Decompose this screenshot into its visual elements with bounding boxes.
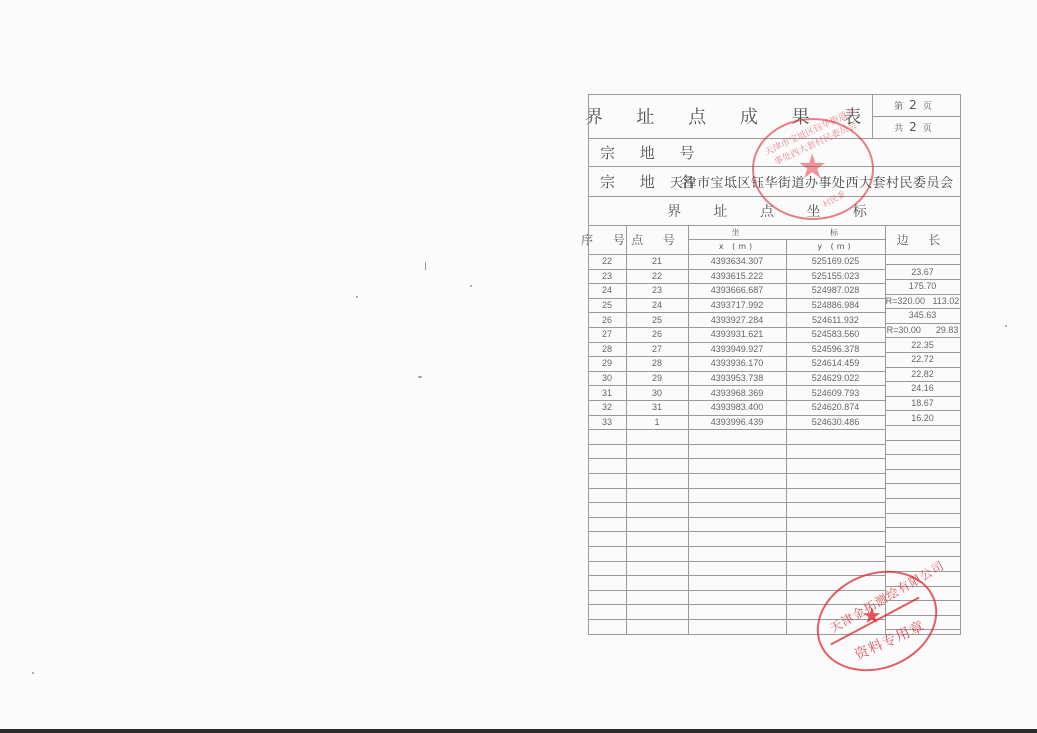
grid-line [588, 502, 885, 503]
page-total-number: 2 [909, 120, 923, 134]
edge-length-cell: 23.67 [885, 264, 960, 279]
column-point: 点 号 [626, 225, 688, 254]
table-cell-seq: 24 [588, 283, 626, 298]
table-cell-x: 4393927.284 [688, 312, 786, 327]
edge-length-cell: R=320.00 113.02 [885, 294, 960, 309]
column-x: x (m) [688, 239, 786, 254]
table-cell-y: 524596.378 [786, 342, 885, 357]
table-cell-y: 524629.022 [786, 371, 885, 386]
table-cell-seq: 25 [588, 298, 626, 313]
table-cell-x: 4393996.439 [688, 415, 786, 430]
grid-line [588, 225, 960, 226]
table-cell-x: 4393968.369 [688, 385, 786, 400]
grid-line [885, 498, 960, 499]
table-cell-x: 4393717.992 [688, 298, 786, 313]
table-cell-y: 524611.932 [786, 312, 885, 327]
page-current-number: 2 [909, 98, 923, 112]
grid-line [588, 385, 885, 386]
grid-line [885, 294, 960, 295]
column-coord-right: 标 [786, 225, 885, 239]
table-cell-seq: 30 [588, 371, 626, 386]
table-cell-y: 524614.459 [786, 356, 885, 371]
table-cell-seq: 31 [588, 385, 626, 400]
scan-speck [418, 376, 422, 378]
grid-line [885, 483, 960, 484]
grid-line [588, 517, 885, 518]
edge-length-cell: 22.35 [885, 337, 960, 352]
grid-line [885, 410, 960, 411]
grid-line [588, 546, 885, 547]
grid-line [885, 425, 960, 426]
table-cell-point: 31 [626, 400, 688, 415]
table-cell-seq: 27 [588, 327, 626, 342]
table-cell-point: 1 [626, 415, 688, 430]
grid-line [588, 561, 885, 562]
grid-line [885, 556, 960, 557]
edge-length-cell: R=30.00 29.83 [885, 323, 960, 338]
column-seq: 序 号 [588, 225, 626, 254]
grid-line [885, 308, 960, 309]
grid-line [885, 440, 960, 441]
grid-line [588, 298, 885, 299]
grid-line [588, 327, 885, 328]
grid-line [588, 342, 885, 343]
page-total-label: 共 [894, 121, 909, 134]
column-coord-left: 坐 [688, 225, 786, 239]
grid-line [885, 381, 960, 382]
page-unit: 页 [923, 99, 938, 112]
table-cell-seq: 32 [588, 400, 626, 415]
table-cell-y: 525155.023 [786, 269, 885, 284]
grid-line [588, 575, 885, 576]
table-cell-point: 29 [626, 371, 688, 386]
grid-line [588, 488, 885, 489]
page-current: 第 2 页 [872, 94, 960, 116]
column-edge-length: 边 长 [885, 225, 960, 254]
table-cell-seq: 28 [588, 342, 626, 357]
table-cell-x: 4393666.687 [688, 283, 786, 298]
grid-line [872, 116, 960, 117]
grid-line [885, 264, 960, 265]
edge-length-cell: 18.67 [885, 396, 960, 411]
table-cell-x: 4393983.400 [688, 400, 786, 415]
table-cell-x: 4393634.307 [688, 254, 786, 269]
grid-line [885, 469, 960, 470]
table-cell-x: 4393949.927 [688, 342, 786, 357]
scan-border-strip [0, 729, 1037, 733]
table-cell-x: 4393936.170 [688, 356, 786, 371]
parcel-name-label: 宗 地 名 [600, 166, 680, 196]
table-cell-y: 524987.028 [786, 283, 885, 298]
edge-length-cell: 22.72 [885, 352, 960, 367]
grid-line [588, 531, 885, 532]
grid-line [960, 94, 961, 635]
grid-line [588, 356, 885, 357]
table-cell-point: 30 [626, 385, 688, 400]
edge-length-cell: 24.16 [885, 381, 960, 396]
table-cell-point: 25 [626, 312, 688, 327]
grid-line [885, 513, 960, 514]
grid-line [885, 337, 960, 338]
grid-line [588, 371, 885, 372]
table-cell-y: 524630.486 [786, 415, 885, 430]
grid-line [588, 429, 885, 430]
table-cell-x: 4393931.621 [688, 327, 786, 342]
grid-line [588, 269, 885, 270]
table-cell-point: 21 [626, 254, 688, 269]
grid-line [588, 400, 885, 401]
scan-speck [470, 285, 472, 287]
grid-line [885, 254, 960, 255]
table-cell-y: 524620.874 [786, 400, 885, 415]
grid-line [588, 254, 885, 255]
page-unit: 页 [923, 121, 938, 134]
grid-line [885, 396, 960, 397]
scan-speck [32, 672, 34, 674]
grid-line [588, 312, 885, 313]
scan-speck [1005, 325, 1007, 327]
table-cell-seq: 22 [588, 254, 626, 269]
grid-line [885, 352, 960, 353]
edge-length-cell: 345.63 [885, 308, 960, 323]
table-cell-x: 4393953.738 [688, 371, 786, 386]
grid-line [588, 473, 885, 474]
page-current-label: 第 [894, 99, 909, 112]
table-cell-seq: 23 [588, 269, 626, 284]
edge-length-cell: 175.70 [885, 279, 960, 294]
table-cell-point: 28 [626, 356, 688, 371]
grid-line [885, 323, 960, 324]
grid-line [588, 444, 885, 445]
edge-length-cell: 16.20 [885, 410, 960, 425]
table-cell-seq: 26 [588, 312, 626, 327]
table-cell-y: 524886.984 [786, 298, 885, 313]
grid-line [588, 94, 589, 634]
grid-line [588, 458, 885, 459]
table-cell-point: 22 [626, 269, 688, 284]
grid-line [588, 283, 885, 284]
grid-line [885, 527, 960, 528]
grid-line [885, 454, 960, 455]
scan-speck [425, 262, 426, 270]
grid-line [588, 415, 885, 416]
grid-line [885, 542, 960, 543]
grid-line [885, 367, 960, 368]
edge-length-cell: 22.82 [885, 367, 960, 382]
table-cell-point: 27 [626, 342, 688, 357]
table-cell-y: 524583.560 [786, 327, 885, 342]
grid-line [885, 279, 960, 280]
table-cell-y: 524609.793 [786, 385, 885, 400]
table-cell-seq: 33 [588, 415, 626, 430]
table-cell-point: 26 [626, 327, 688, 342]
table-cell-seq: 29 [588, 356, 626, 371]
table-cell-x: 4393615.222 [688, 269, 786, 284]
page-total: 共 2 页 [872, 116, 960, 138]
grid-line [588, 94, 960, 95]
scan-speck [356, 296, 358, 298]
column-y: y (m) [786, 239, 885, 254]
table-cell-y: 525169.025 [786, 254, 885, 269]
table-cell-point: 23 [626, 283, 688, 298]
table-cell-point: 24 [626, 298, 688, 313]
